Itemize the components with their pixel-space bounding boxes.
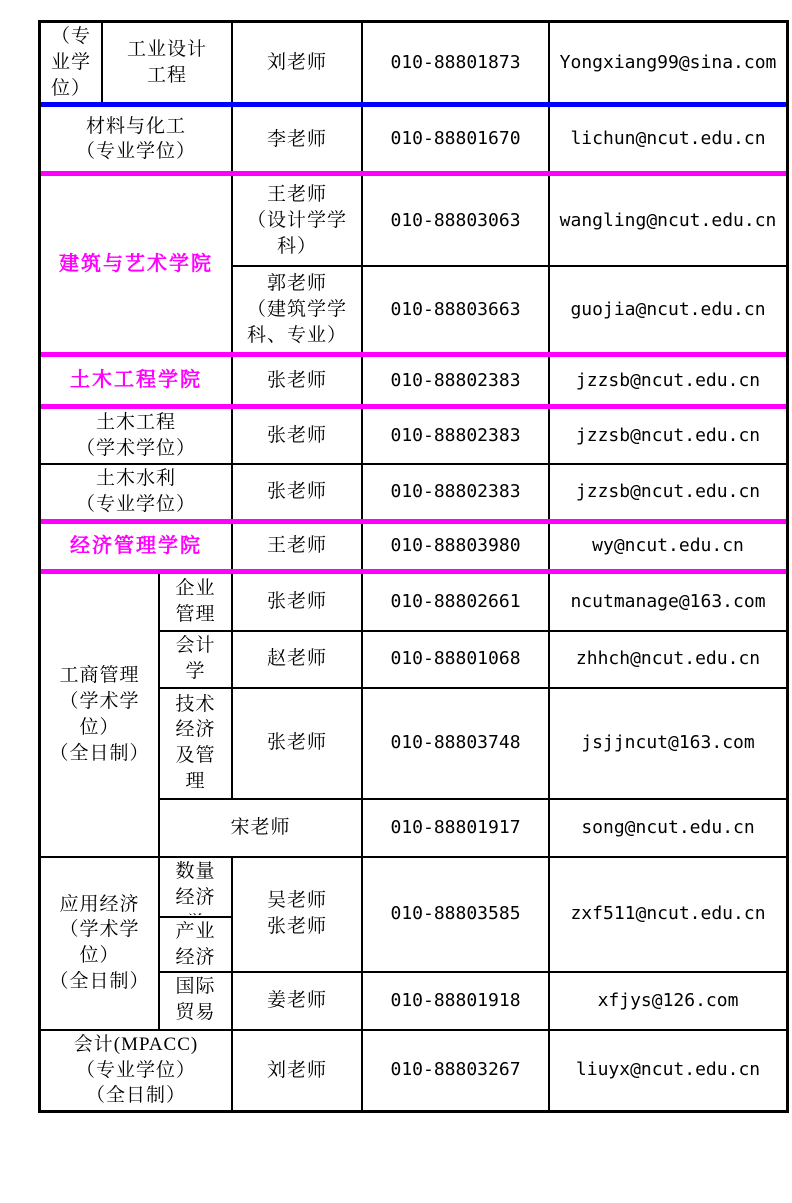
clipped-text: 国际 贸易 学 [162,974,229,1028]
cell-email: xfjys@126.com [548,971,786,1029]
cell-category: 会计(MPACC) （专业学位） （全日制） [41,1029,231,1110]
cell-phone: 010-88802383 [361,463,548,519]
contacts-table: （专业学位） 工业设计 工程 刘老师 010-88801873 Yongxian… [38,20,789,1113]
cell-phone: 010-88802661 [361,574,548,630]
table-row: 工商管理 （学术学 位） （全日制） 企业 管理 张老师 010-8880266… [41,574,786,630]
cell-email: wangling@ncut.edu.cn [548,176,786,265]
table-row: 土木水利 （专业学位） 张老师 010-88802383 jzzsb@ncut.… [41,463,786,519]
cell-contact-name: 姜老师 [231,971,361,1029]
cell-contact-name: 张老师 [231,463,361,519]
cell-contact-name: 宋老师 [158,798,361,856]
cell-contact-name: 吴老师 张老师 [231,856,361,971]
cell-contact-name: 王老师 （设计学学 科） [231,176,361,265]
cell-subcategory: 国际 贸易 学 [158,971,231,1029]
cell-email: jzzsb@ncut.edu.cn [548,409,786,463]
cell-phone: 010-88801068 [361,630,548,687]
cell-subcategory: 会计 学 [158,630,231,687]
cell-email: zxf511@ncut.edu.cn [548,856,786,971]
cell-phone: 010-88802383 [361,357,548,404]
cell-category: 工商管理 （学术学 位） （全日制） [41,574,158,856]
cell-email: song@ncut.edu.cn [548,798,786,856]
cell-phone: 010-88802383 [361,409,548,463]
cell-phone: 010-88803663 [361,265,548,352]
cell-phone: 010-88803063 [361,176,548,265]
table-row: 经济管理学院 王老师 010-88803980 wy@ncut.edu.cn [41,524,786,569]
cell-phone: 010-88801917 [361,798,548,856]
cell-contact-name: 张老师 [231,357,361,404]
table-row: 应用经济 （学术学 位） （全日制） 数量 经济 学 吴老师 张老师 010-8… [41,856,786,916]
cell-category: 土木水利 （专业学位） [41,463,231,519]
cell-category: （专业学位） [41,23,101,102]
table-row: 土木工程学院 张老师 010-88802383 jzzsb@ncut.edu.c… [41,357,786,404]
cell-category: 应用经济 （学术学 位） （全日制） [41,856,158,1029]
cell-contact-name: 王老师 [231,524,361,569]
cell-email: liuyx@ncut.edu.cn [548,1029,786,1110]
cell-college-name: 建筑与艺术学院 [41,176,231,352]
cell-contact-name: 张老师 [231,409,361,463]
cell-contact-name: 郭老师 （建筑学学 科、专业） [231,265,361,352]
cell-email: jzzsb@ncut.edu.cn [548,463,786,519]
cell-contact-name: 李老师 [231,107,361,171]
cell-subcategory: 企业 管理 [158,574,231,630]
cell-subcategory: 数量 经济 学 [158,856,231,916]
document-page: （专业学位） 工业设计 工程 刘老师 010-88801873 Yongxian… [0,0,792,1203]
cell-college-name: 经济管理学院 [41,524,231,569]
cell-phone: 010-88803267 [361,1029,548,1110]
cell-email: zhhch@ncut.edu.cn [548,630,786,687]
cell-phone: 010-88801918 [361,971,548,1029]
cell-email: wy@ncut.edu.cn [548,524,786,569]
cell-email: Yongxiang99@sina.com [548,23,786,102]
cell-category: 土木工程 （学术学位） [41,409,231,463]
table-row: 材料与化工 （专业学位） 李老师 010-88801670 lichun@ncu… [41,107,786,171]
cell-subcategory: 技术 经济 及管 理 [158,687,231,798]
cell-subcategory: 工业设计 工程 [101,23,231,102]
cell-category: 材料与化工 （专业学位） [41,107,231,171]
table-row: 会计(MPACC) （专业学位） （全日制） 刘老师 010-88803267 … [41,1029,786,1110]
cell-email: guojia@ncut.edu.cn [548,265,786,352]
cell-phone: 010-88803980 [361,524,548,569]
cell-email: lichun@ncut.edu.cn [548,107,786,171]
cell-college-name: 土木工程学院 [41,357,231,404]
cell-email: jsjjncut@163.com [548,687,786,798]
table-row: （专业学位） 工业设计 工程 刘老师 010-88801873 Yongxian… [41,23,786,102]
cell-phone: 010-88803585 [361,856,548,971]
clipped-text: 数量 经济 学 [162,859,229,915]
clipped-text: 产业 经济 学 [162,919,229,970]
table-row: 建筑与艺术学院 王老师 （设计学学 科） 010-88803063 wangli… [41,176,786,265]
cell-contact-name: 刘老师 [231,1029,361,1110]
cell-phone: 010-88801873 [361,23,548,102]
cell-contact-name: 张老师 [231,574,361,630]
cell-contact-name: 张老师 [231,687,361,798]
cell-email: ncutmanage@163.com [548,574,786,630]
cell-contact-name: 刘老师 [231,23,361,102]
cell-subcategory: 产业 经济 学 [158,916,231,971]
table-row: 土木工程 （学术学位） 张老师 010-88802383 jzzsb@ncut.… [41,409,786,463]
cell-contact-name: 赵老师 [231,630,361,687]
cell-phone: 010-88803748 [361,687,548,798]
cell-email: jzzsb@ncut.edu.cn [548,357,786,404]
cell-phone: 010-88801670 [361,107,548,171]
